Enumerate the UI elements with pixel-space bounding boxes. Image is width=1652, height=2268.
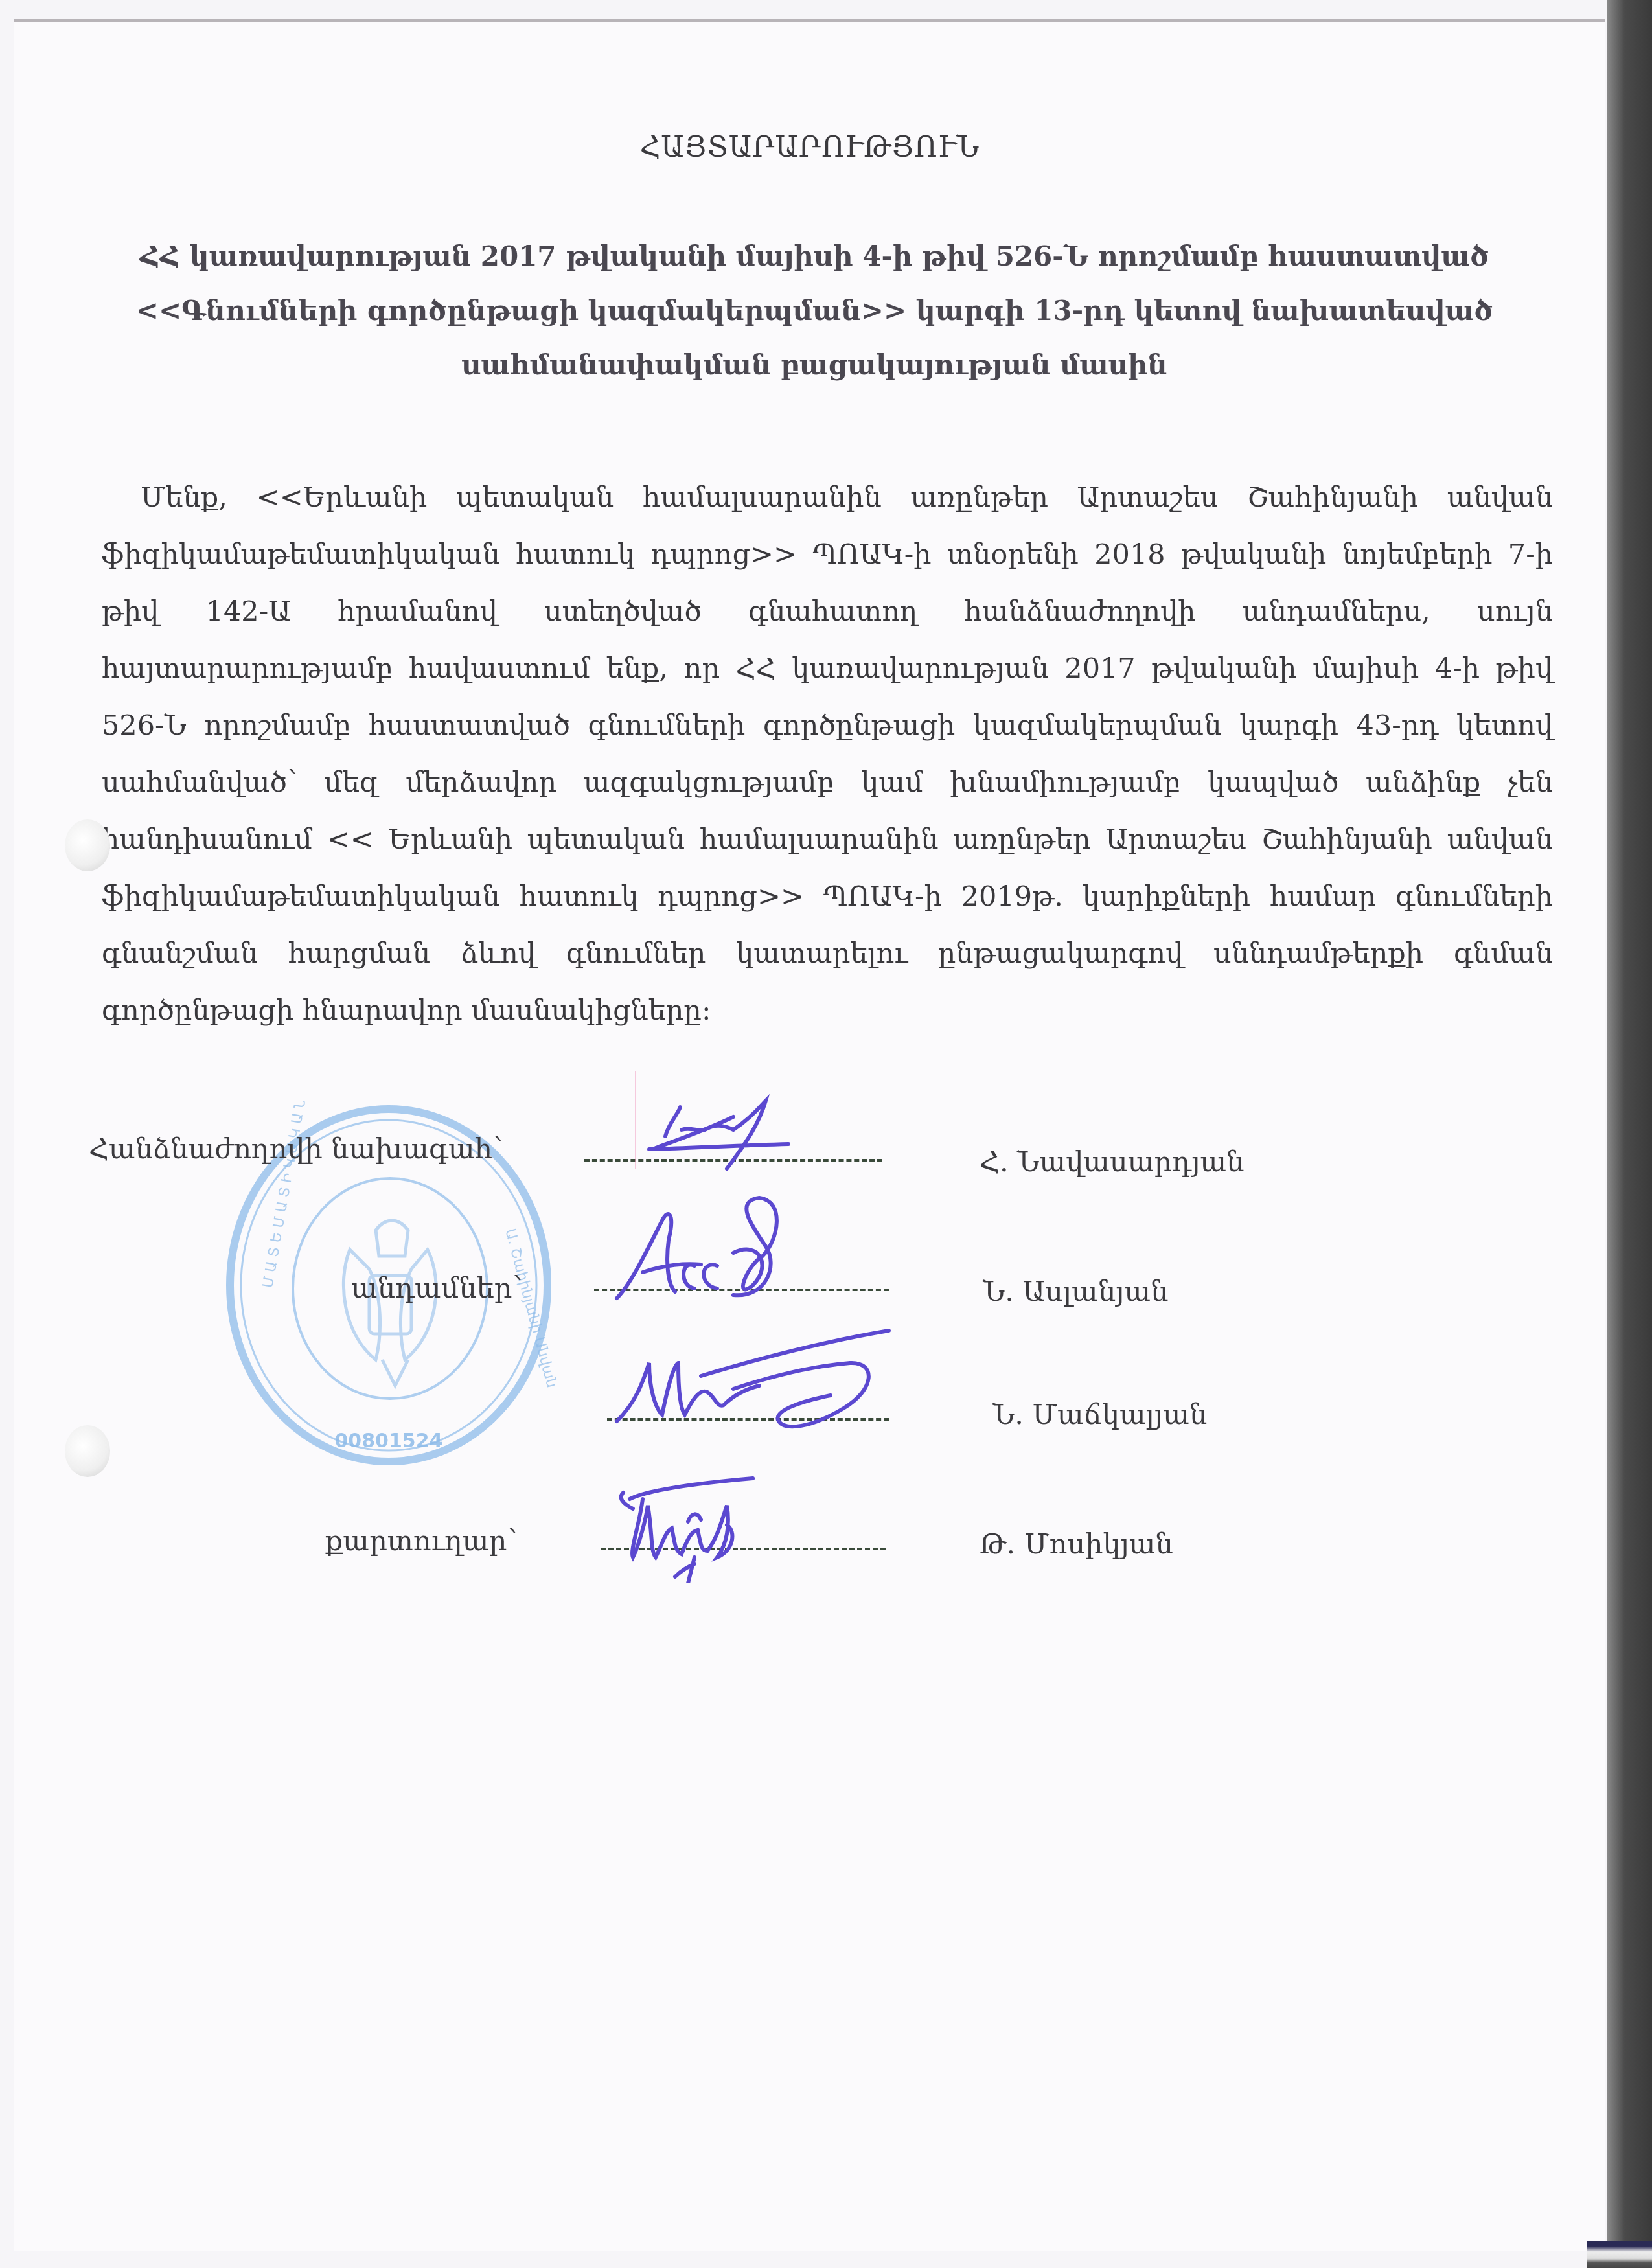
punch-hole [65,1425,110,1477]
handwritten-signature-icon [604,1188,876,1331]
svg-text:Մ Ա Տ Ե Մ Ա Տ Ի Կ Ա Կ Ա Ն: Մ Ա Տ Ե Մ Ա Տ Ի Կ Ա Կ Ա Ն [260,1101,309,1289]
document-body: Մենք, <<Երևանի պետական համալսարանին առըն… [102,469,1553,1039]
signature-role: քարտուղար՝ [325,1525,517,1557]
handwritten-signature-icon [604,1324,902,1454]
signature-role: Հանձնաժողովի նախագահ՝ [89,1133,503,1165]
margin-mark [635,1071,636,1169]
signer-name: Ն. Ասլանյան [983,1276,1169,1308]
stamp-number: 00801524 [335,1430,443,1452]
handwritten-signature-icon [610,1473,805,1583]
scanner-edge-strip [1587,2241,1652,2268]
document-title: ՀԱՅՏԱՐԱՐՈՒԹՅՈՒՆ [14,131,1605,164]
signer-name: Թ. Մոսիկյան [980,1528,1173,1561]
signer-name: Հ. Նավասարդյան [980,1146,1245,1178]
document-subtitle: ՀՀ կառավարության 2017 թվականի մայիսի 4-ի… [118,229,1511,393]
signature-role: անդամներ՝ [351,1272,522,1305]
document-page: ՀԱՅՏԱՐԱՐՈՒԹՅՈՒՆ ՀՀ կառավարության 2017 թվ… [14,19,1605,2251]
signer-name: Ն. Մաճկալյան [992,1399,1207,1431]
punch-hole [65,819,110,871]
scanner-edge [1607,0,1652,2268]
